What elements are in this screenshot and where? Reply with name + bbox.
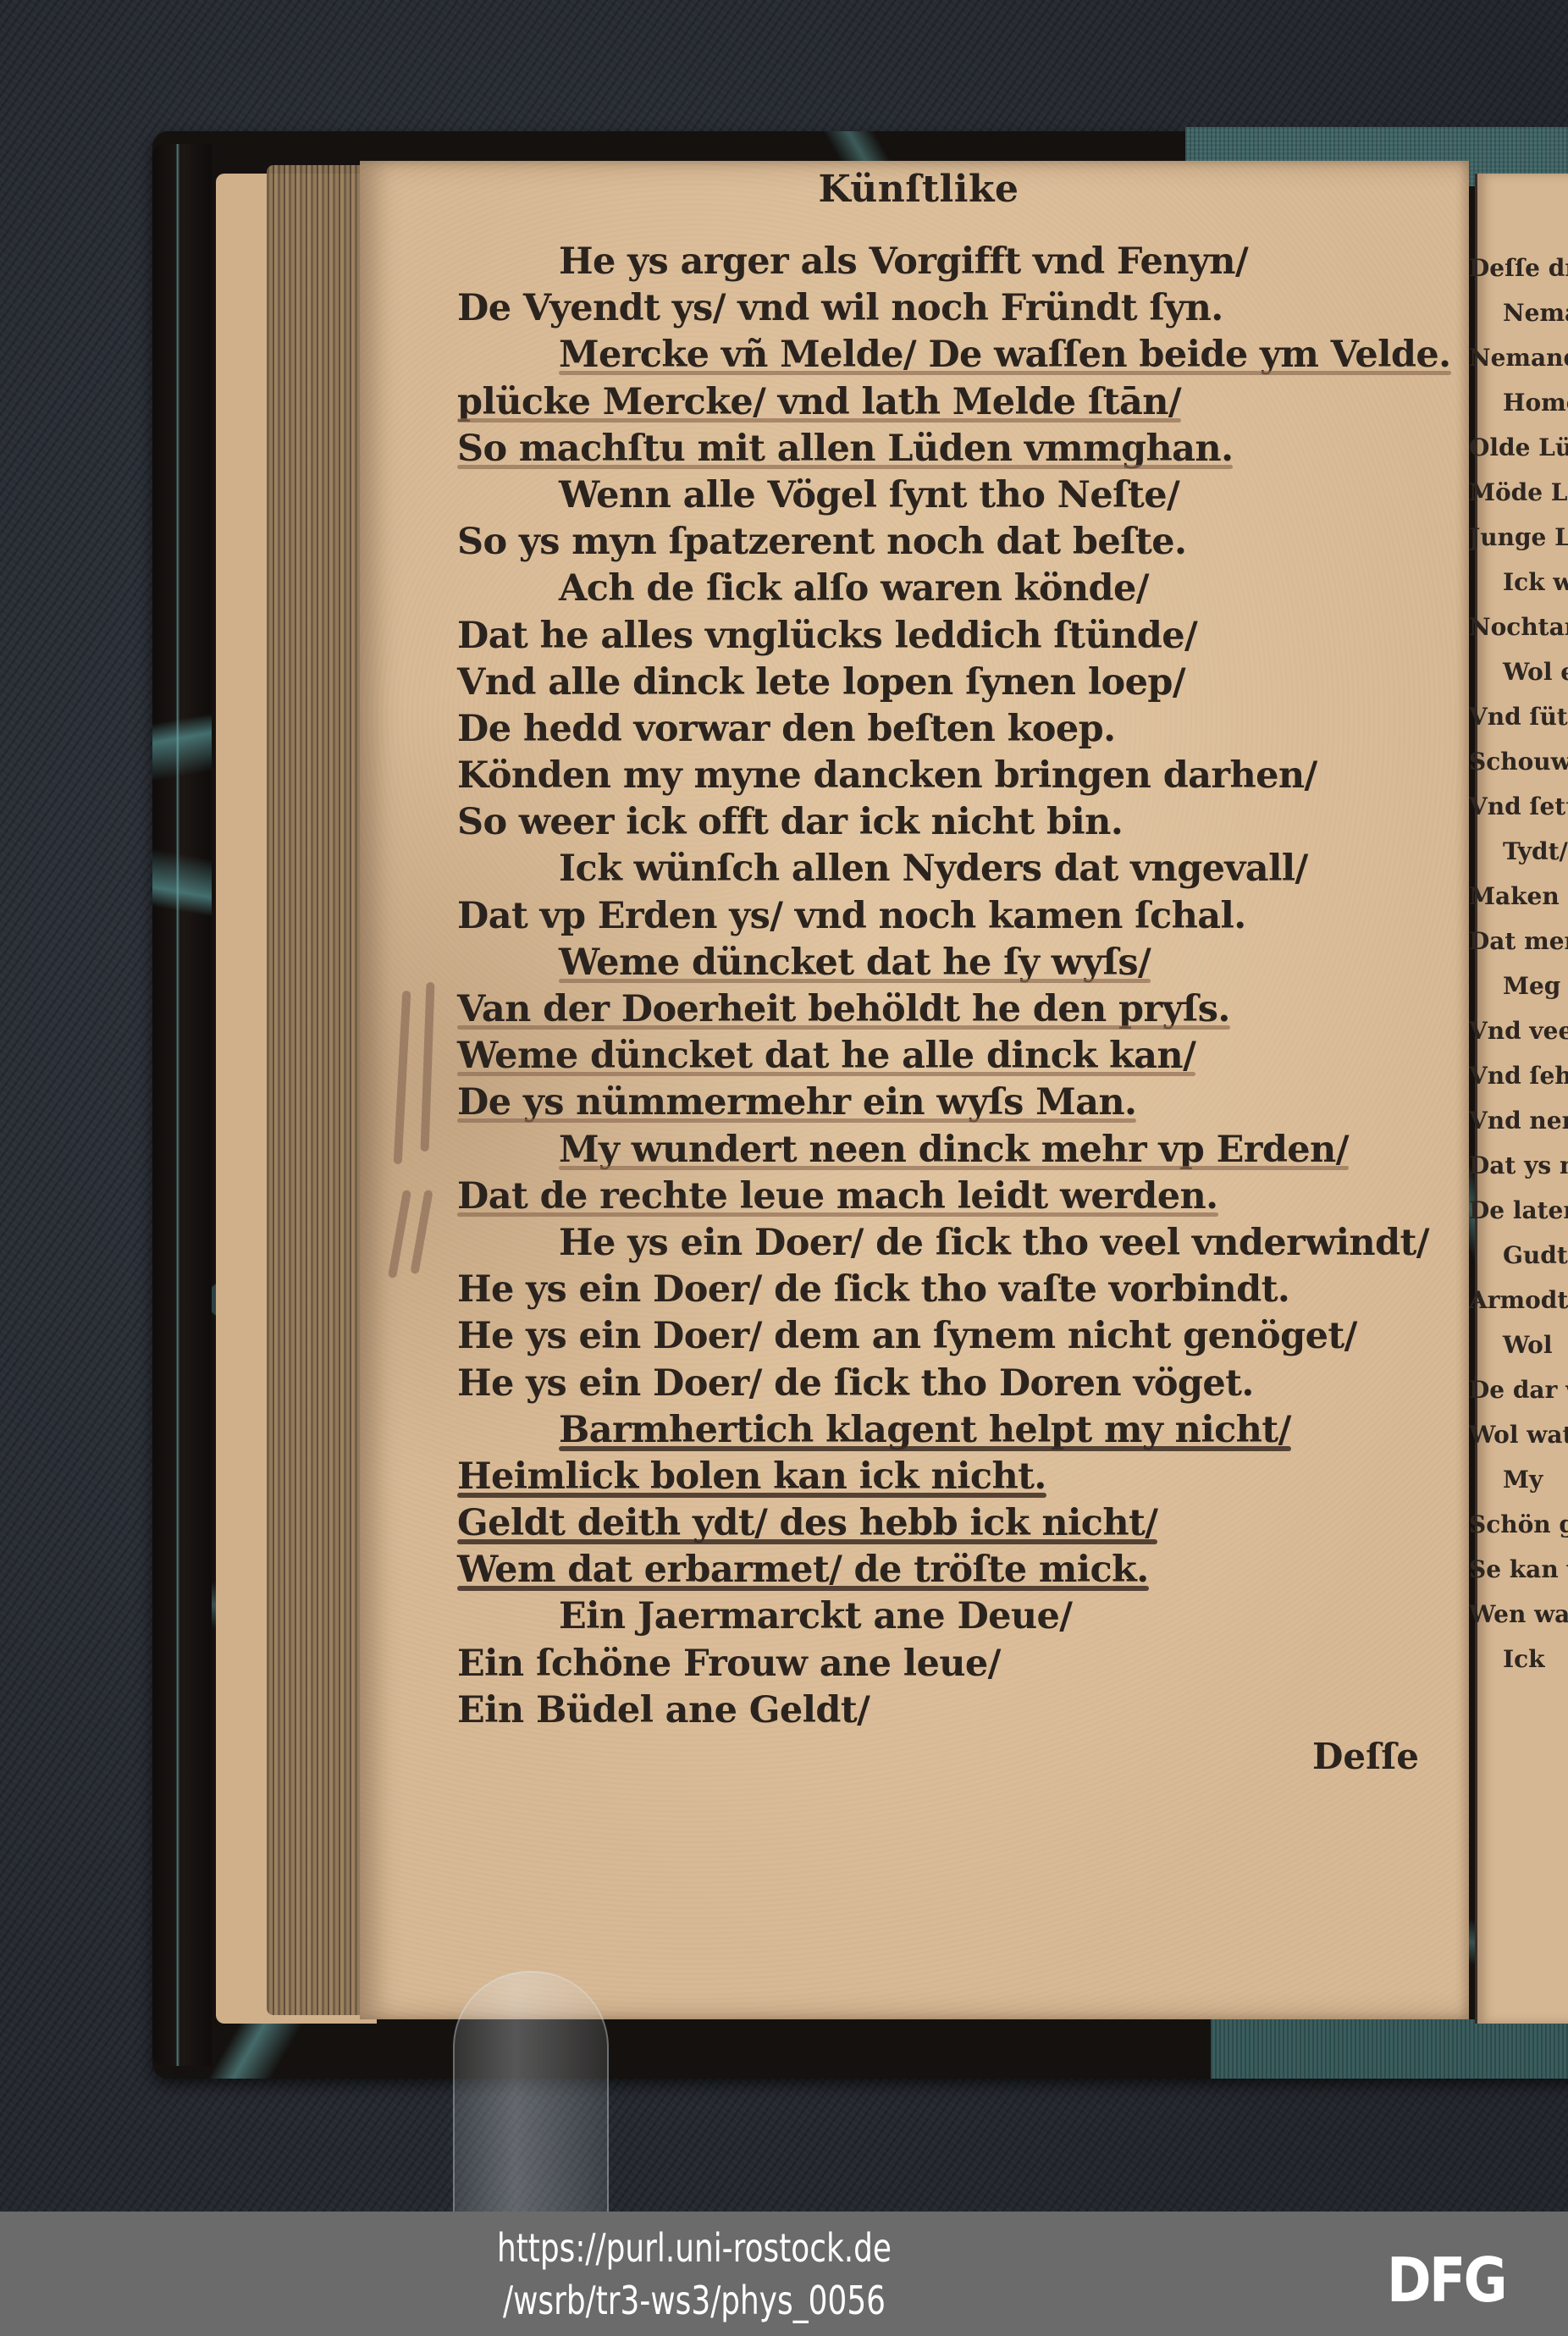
text-line: Mercke vñ Melde/ De waſſen beide ym Veld…: [457, 332, 1456, 378]
right-page-text: Deſſe dre dinNemarNemandt ysHomödOlde Lü…: [1469, 246, 1568, 1682]
right-page-line: Wen wa: [1469, 1592, 1568, 1637]
text-line-content: Dat de rechte leue mach leidt werden.: [457, 1174, 1218, 1220]
page-leaves: [267, 165, 373, 2015]
text-line: Weme düncket dat he alle dinck kan/: [457, 1033, 1456, 1080]
right-page-line: Möde Lüde: [1469, 470, 1568, 515]
text-line: Geldt deith ydt/ des hebb ick nicht/: [457, 1500, 1456, 1547]
right-page-line: Homöd: [1469, 380, 1568, 425]
right-page-line: Deſſe dre din: [1469, 246, 1568, 290]
right-page-line: Ick wa: [1469, 560, 1568, 605]
text-line-content: Ach de ſick alſo waren könde/: [559, 566, 1149, 612]
right-page-line: Gudt: [1469, 1233, 1568, 1278]
text-line: He ys ein Doer/ de ſick tho vaſte vorbin…: [457, 1267, 1456, 1313]
text-line-content: Ick wünſch allen Nyders dat vngevall/: [559, 846, 1308, 892]
right-page-line: Maken men: [1469, 874, 1568, 919]
text-line: So weer ick offt dar ick nicht bin.: [457, 799, 1456, 846]
text-line: Wenn alle Vögel ſynt tho Neſte/: [457, 472, 1456, 519]
text-line-content: Barmhertich klagent helpt my nicht/: [559, 1407, 1291, 1454]
text-line-content: Dat he alles vnglücks leddich ſtünde/: [457, 613, 1197, 660]
text-line-content: Wem dat erbarmet/ de tröſte mick.: [457, 1547, 1149, 1593]
text-line-content: So ys myn ſpatzerent noch dat beſte.: [457, 519, 1186, 566]
text-line-content: Mercke vñ Melde/ De waſſen beide ym Veld…: [559, 332, 1451, 378]
text-line: Ach de ſick alſo waren könde/: [457, 566, 1456, 612]
text-line-content: Vnd alle dinck lete lopen ſynen loep/: [457, 660, 1185, 706]
text-line-content: Van der Doerheit behöldt he den pryſs.: [457, 986, 1230, 1033]
book-scan-image: Deſſe dre dinNemarNemandt ysHomödOlde Lü…: [0, 0, 1568, 2212]
right-page-line: Vnd veel w: [1469, 1008, 1568, 1053]
persistent-url[interactable]: https://purl.uni-rostock.de /wsrb/tr3-ws…: [152, 2222, 1235, 2327]
text-line: plücke Mercke/ vnd lath Melde ſtān/: [457, 379, 1456, 426]
text-line: De ys nümmermehr ein wyſs Man.: [457, 1080, 1456, 1126]
text-line-content: So machſtu mit allen Lüden vmmghan.: [457, 426, 1233, 472]
right-page-line: Vnd ſehen: [1469, 1053, 1568, 1098]
right-page-line: Vnd ſüth d: [1469, 694, 1568, 739]
text-line-content: He ys arger als Vorgifft vnd Fenyn/: [559, 239, 1248, 285]
right-page-line: Wol e: [1469, 649, 1568, 694]
text-line: De Vyendt ys/ vnd wil noch Fründt ſyn.: [457, 285, 1456, 332]
text-line-content: Weme düncket dat he alle dinck kan/: [457, 1033, 1195, 1080]
text-line: So machſtu mit allen Lüden vmmghan.: [457, 426, 1456, 472]
text-line-content: De Vyendt ys/ vnd wil noch Fründt ſyn.: [457, 285, 1223, 332]
text-line: Ein ſchöne Frouw ane leue/: [457, 1641, 1456, 1687]
text-line: Wem dat erbarmet/ de tröſte mick.: [457, 1547, 1456, 1593]
right-page-line: Nochtans h: [1469, 605, 1568, 649]
text-line-content: Dat vp Erden ys/ vnd noch kamen ſchal.: [457, 893, 1246, 940]
right-page-line: Wol: [1469, 1323, 1568, 1367]
text-line: He ys arger als Vorgifft vnd Fenyn/: [457, 239, 1456, 285]
text-line-content: He ys ein Doer/ de ſick tho vaſte vorbin…: [457, 1267, 1289, 1313]
footer-banner: https://purl.uni-rostock.de /wsrb/tr3-ws…: [0, 2212, 1568, 2336]
text-line: Barmhertich klagent helpt my nicht/: [457, 1407, 1456, 1454]
text-line-content: Ein Jaermarckt ane Deue/: [559, 1593, 1072, 1640]
text-line-content: He ys ein Doer/ dem an ſynem nicht genög…: [457, 1313, 1357, 1360]
text-line: Ein Jaermarckt ane Deue/: [457, 1593, 1456, 1640]
right-page-line: Meg: [1469, 964, 1568, 1008]
right-page-line: Dat mercke: [1469, 919, 1568, 964]
right-page-line: Wol wat: [1469, 1412, 1568, 1457]
right-page-line: Armodt: [1469, 1278, 1568, 1323]
right-page-line: Se kan w: [1469, 1547, 1568, 1592]
text-line: He ys ein Doer/ de ſick tho Doren vöget.: [457, 1361, 1456, 1407]
text-line: Vnd alle dinck lete lopen ſynen loep/: [457, 660, 1456, 706]
right-page-line: Junge Lüd: [1469, 515, 1568, 560]
text-line-content: He ys ein Doer/ de ſick tho Doren vöget.: [457, 1361, 1254, 1407]
right-page-line: Vnd ſette ei: [1469, 784, 1568, 829]
dfg-logo: DFG: [1387, 2250, 1505, 2310]
right-page-line: Nemar: [1469, 290, 1568, 335]
right-page-line: De dar wo: [1469, 1367, 1568, 1412]
right-page-line: My: [1469, 1457, 1568, 1502]
text-line: De hedd vorwar den beſten koep.: [457, 706, 1456, 753]
text-line: Heimlick bolen kan ick nicht.: [457, 1454, 1456, 1500]
text-line: He ys ein Doer/ dem an ſynem nicht genög…: [457, 1313, 1456, 1360]
right-page-line: Ick: [1469, 1637, 1568, 1682]
page-text-block: He ys arger als Vorgifft vnd Fenyn/De Vy…: [457, 239, 1456, 1734]
transparent-page-holder: [453, 1971, 609, 2218]
text-line-content: Geldt deith ydt/ des hebb ick nicht/: [457, 1500, 1157, 1547]
right-page-line: De laten ſic: [1469, 1188, 1568, 1233]
right-page-line: Dat ys my: [1469, 1143, 1568, 1188]
text-line: Dat vp Erden ys/ vnd noch kamen ſchal.: [457, 893, 1456, 940]
text-line-content: Könden my myne dancken bringen darhen/: [457, 753, 1317, 799]
right-page-line: Olde Lüde: [1469, 425, 1568, 470]
text-line: Ein Büdel ane Geldt/: [457, 1687, 1456, 1734]
text-line-content: Ein Büdel ane Geldt/: [457, 1687, 870, 1734]
text-line: Dat he alles vnglücks leddich ſtünde/: [457, 613, 1456, 660]
url-line-2[interactable]: /wsrb/tr3-ws3/phys_0056: [152, 2274, 1235, 2327]
text-line: My wundert neen dinck mehr vp Erden/: [457, 1127, 1456, 1174]
marbled-cover-edge: [152, 144, 212, 2066]
running-head: Künſtlike: [364, 168, 1473, 211]
text-line-content: plücke Mercke/ vnd lath Melde ſtān/: [457, 379, 1181, 426]
text-line: Weme düncket dat he ſy wyſs/: [457, 940, 1456, 986]
url-line-1[interactable]: https://purl.uni-rostock.de: [152, 2222, 1235, 2274]
right-page-line: Schön ge: [1469, 1502, 1568, 1547]
text-line-content: De hedd vorwar den beſten koep.: [457, 706, 1115, 753]
text-line-content: Ein ſchöne Frouw ane leue/: [457, 1641, 1001, 1687]
text-line: Ick wünſch allen Nyders dat vngevall/: [457, 846, 1456, 892]
text-line-content: So weer ick offt dar ick nicht bin.: [457, 799, 1123, 846]
right-page-line: Schouw en: [1469, 739, 1568, 784]
text-line-content: Weme düncket dat he ſy wyſs/: [559, 940, 1151, 986]
text-line-content: He ys ein Doer/ de ſick tho veel vnderwi…: [559, 1220, 1429, 1267]
text-line-content: Heimlick bolen kan ick nicht.: [457, 1454, 1046, 1500]
text-line: Van der Doerheit behöldt he den pryſs.: [457, 986, 1456, 1033]
text-line: So ys myn ſpatzerent noch dat beſte.: [457, 519, 1456, 566]
catchword: Deſſe: [1312, 1736, 1419, 1777]
right-page-line: Tydt/: [1469, 829, 1568, 874]
text-line-content: Wenn alle Vögel ſynt tho Neſte/: [559, 472, 1179, 519]
right-page-line: Vnd nemen: [1469, 1098, 1568, 1143]
text-line-content: De ys nümmermehr ein wyſs Man.: [457, 1080, 1136, 1126]
text-line: Könden my myne dancken bringen darhen/: [457, 753, 1456, 799]
text-line: Dat de rechte leue mach leidt werden.: [457, 1174, 1456, 1220]
right-page-line: Nemandt ys: [1469, 335, 1568, 380]
text-line-content: My wundert neen dinck mehr vp Erden/: [559, 1127, 1349, 1174]
spine-cloth-bottom: [1211, 2019, 1568, 2079]
text-line: He ys ein Doer/ de ſick tho veel vnderwi…: [457, 1220, 1456, 1267]
